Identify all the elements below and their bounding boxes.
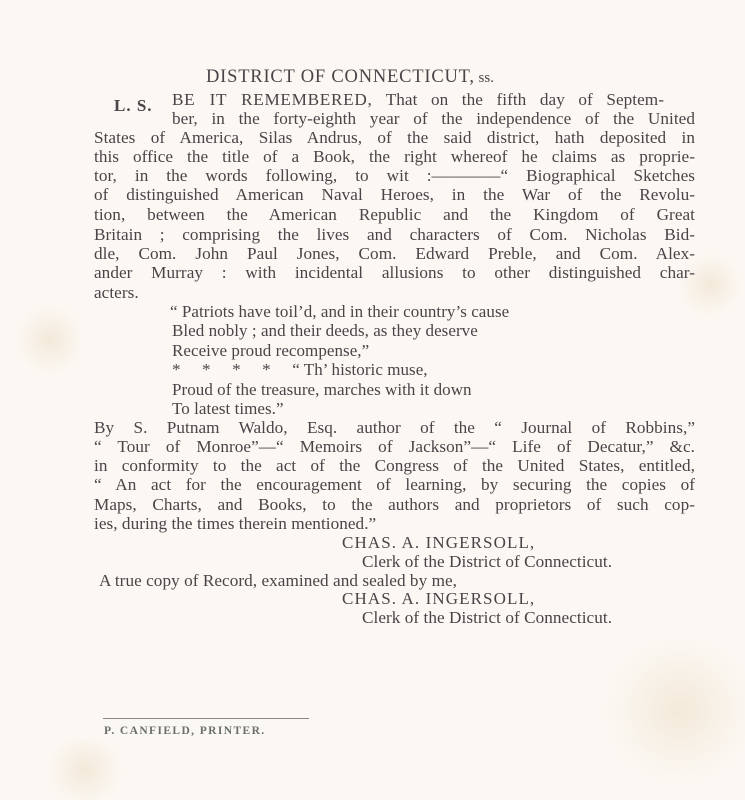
paragraph-line: of distinguished American Naval Heroes, … [94,185,695,204]
clerk-title: Clerk of the District of Connecticut. [362,608,612,627]
author-line: “ Tour of Monroe”—“ Memoirs of Jackson”—… [94,437,695,456]
paragraph-line: States of America, Silas Andrus, of the … [94,128,695,147]
attestation-line: A true copy of Record, examined and seal… [99,571,457,590]
clerk-title: Clerk of the District of Connecticut. [362,552,612,571]
author-line: “ An act for the encouragement of learni… [94,475,695,494]
heading-text: DISTRICT OF CONNECTICUT, [206,67,475,87]
verse-line: “ Patriots have toil’d, and in their cou… [170,302,509,321]
verse-line: Proud of the treasure, marches with it d… [172,380,472,399]
paragraph-line: dle, Com. John Paul Jones, Com. Edward P… [94,244,695,263]
paragraph-line: tor, in the words following, to wit :———… [94,166,695,185]
copyright-page: DISTRICT OF CONNECTICUT, ss. L. S. BE IT… [0,0,745,800]
verse-line: To latest times.” [172,399,284,418]
heading-suffix: ss. [475,70,494,86]
paragraph-line: ber, in the forty-eighth year of the ind… [172,109,695,128]
clerk-name: CHAS. A. INGERSOLL, [342,533,535,552]
paragraph-line: this office the title of a Book, the rig… [94,147,695,166]
paragraph-line: tion, between the American Republic and … [94,205,695,224]
verse-line: Bled nobly ; and their deeds, as they de… [172,321,478,340]
paragraph-line: ander Murray : with incidental allusions… [94,263,695,282]
page-title: DISTRICT OF CONNECTICUT, ss. [206,67,494,88]
author-line: By S. Putnam Waldo, Esq. author of the “… [94,418,695,437]
paragraph-line: Britain ; comprising the lives and chara… [94,225,695,244]
verse-line: * * * * “ Th’ historic muse, [172,360,428,379]
author-line: in conformity to the act of the Congress… [94,456,695,475]
verse-line: Receive proud recompense,” [172,341,369,360]
paragraph-line: BE IT REMEMBERED, That on the fifth day … [172,90,664,109]
seal-mark: L. S. [114,96,153,116]
printer-imprint: P. CANFIELD, PRINTER. [104,725,266,737]
author-line: ies, during the times therein mentioned.… [94,514,376,533]
paragraph-line: acters. [94,283,139,302]
clerk-name: CHAS. A. INGERSOLL, [342,589,535,608]
author-line: Maps, Charts, and Books, to the authors … [94,495,695,514]
divider-rule [103,718,309,719]
be-it-remembered: BE IT REMEMBERED, [172,90,372,109]
